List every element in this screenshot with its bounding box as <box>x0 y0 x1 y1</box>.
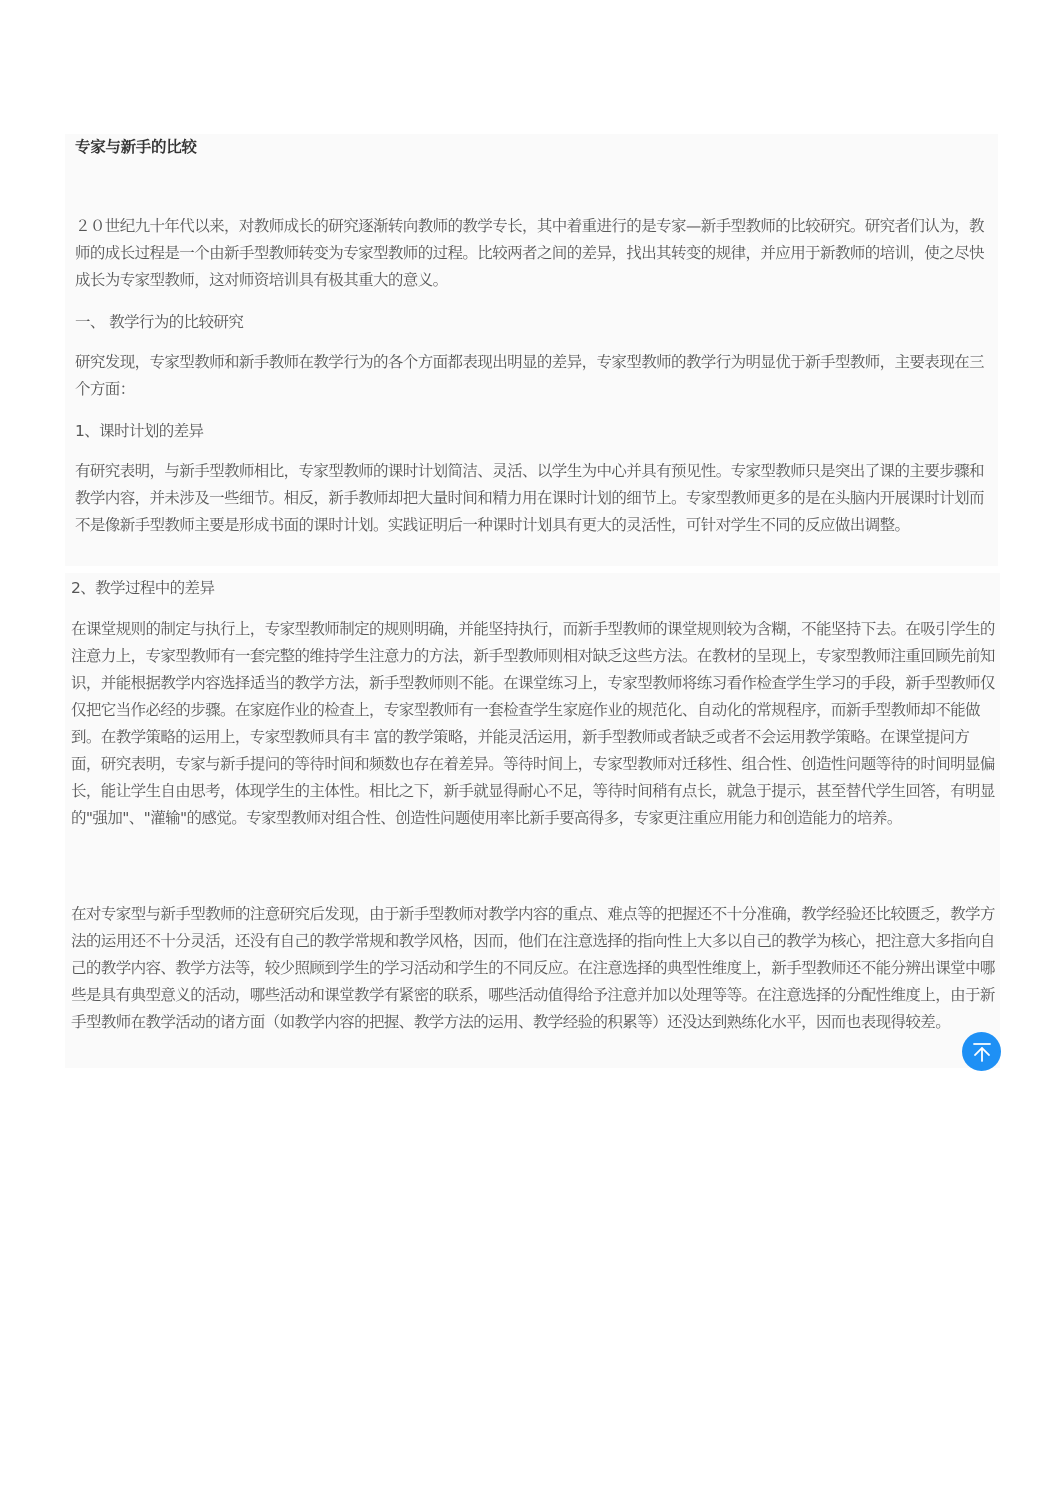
subsection-1-paragraph: 有研究表明，与新手型教师相比，专家型教师的课时计划简洁、灵活、以学生为中心并具有… <box>75 458 988 539</box>
arrow-up-to-top-icon <box>971 1041 993 1063</box>
subsection-2-paragraph: 在课堂规则的制定与执行上，专家型教师制定的规则明确，并能坚持执行，而新手型教师的… <box>71 616 998 832</box>
subsection-1-heading: 1、课时计划的差异 <box>75 418 988 445</box>
article-title: 专家与新手的比较 <box>75 135 197 159</box>
back-to-top-button[interactable] <box>962 1032 1001 1071</box>
subsection-2-heading: 2、教学过程中的差异 <box>71 575 998 602</box>
article-panel-process: 2、教学过程中的差异 在课堂规则的制定与执行上，专家型教师制定的规则明确，并能坚… <box>65 573 1000 1068</box>
section-1-heading: 一、 教学行为的比较研究 <box>75 309 988 336</box>
intro-paragraph: ２０世纪九十年代以来，对教师成长的研究逐渐转向教师的教学专长，其中着重进行的是专… <box>75 213 988 294</box>
article-panel-intro: 专家与新手的比较 ２０世纪九十年代以来，对教师成长的研究逐渐转向教师的教学专长，… <box>65 134 998 566</box>
section-1-paragraph: 研究发现，专家型教师和新手教师在教学行为的各个方面都表现出明显的差异，专家型教师… <box>75 349 988 403</box>
attention-paragraph: 在对专家型与新手型教师的注意研究后发现，由于新手型教师对教学内容的重点、难点等的… <box>71 901 998 1036</box>
